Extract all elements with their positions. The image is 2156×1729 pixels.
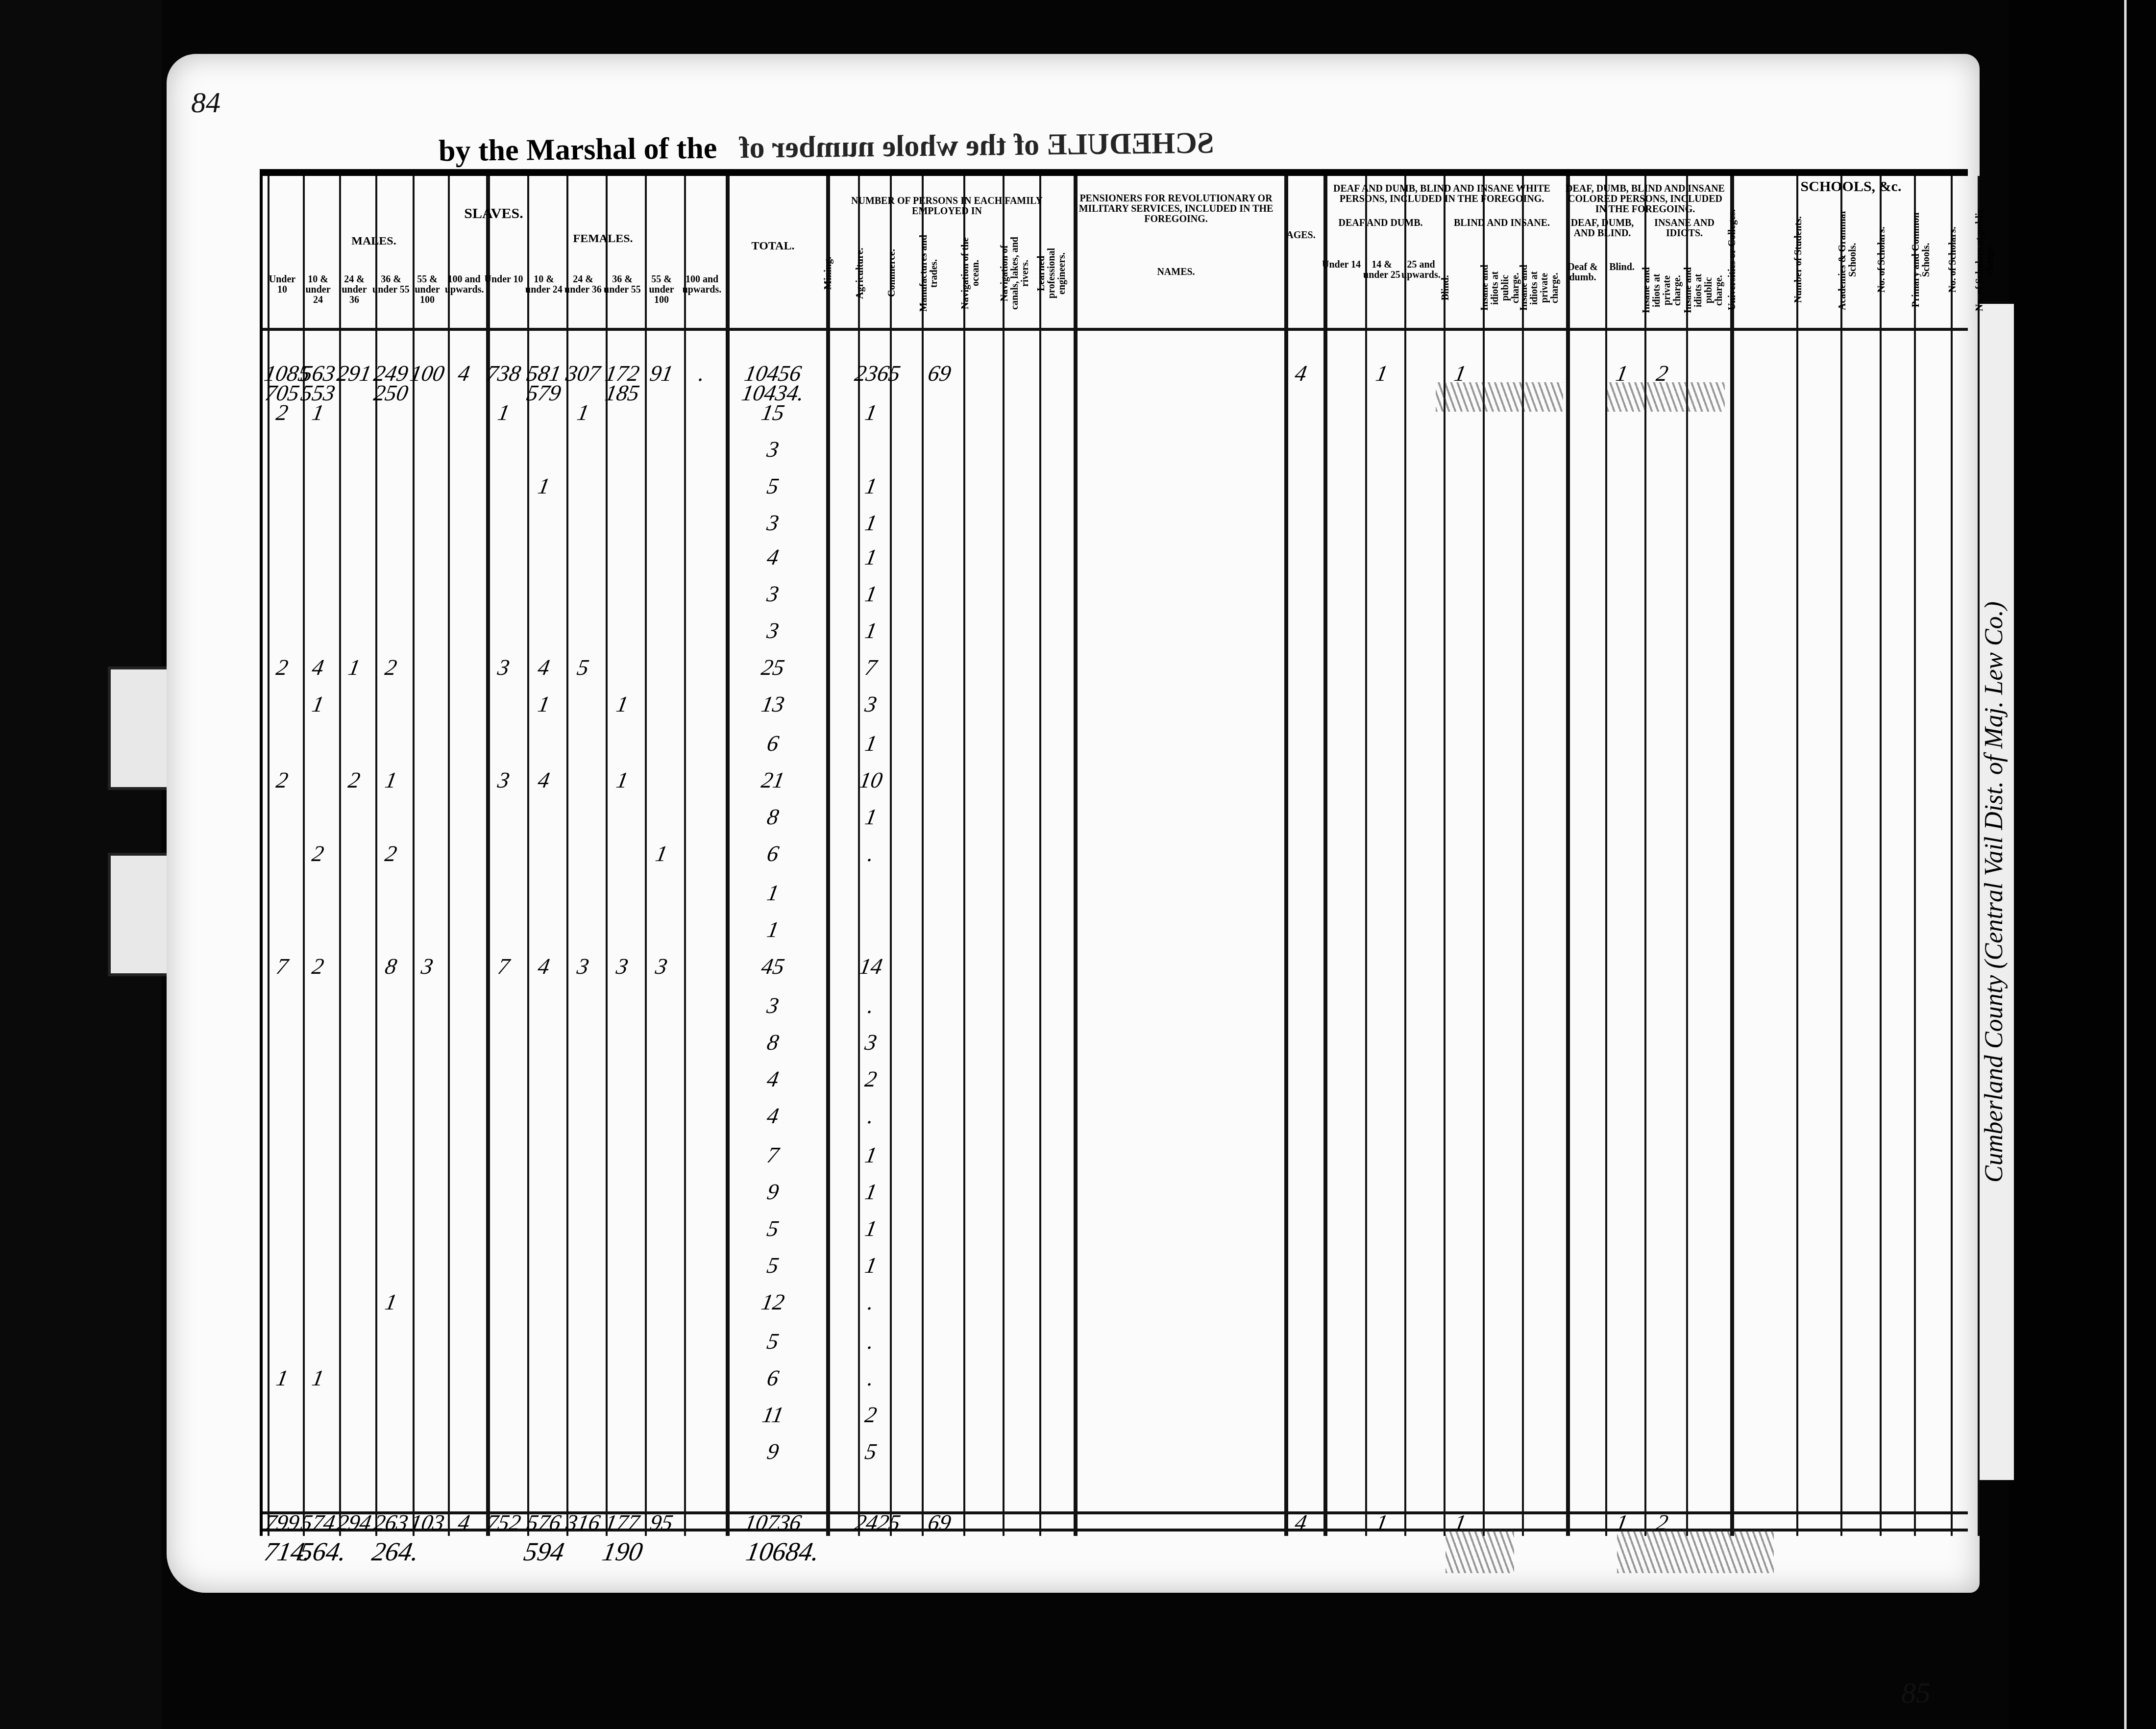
header-female-age: 24 & under 36 xyxy=(563,274,603,295)
female-count-cell: 738 xyxy=(481,360,526,386)
total-cell: 5 xyxy=(720,1252,825,1278)
female-count-cell: 3 xyxy=(481,767,526,793)
total-manufactures-cell: 69 xyxy=(916,1509,962,1535)
column-rule xyxy=(1522,176,1524,1536)
agriculture-cell: 1 xyxy=(853,730,889,756)
male-count-cell: 7 xyxy=(262,953,302,979)
agriculture-cell: . xyxy=(853,1328,889,1354)
column-rule xyxy=(1483,176,1485,1536)
agriculture-cell: . xyxy=(853,840,889,866)
agriculture-cell: 2 xyxy=(853,1402,889,1428)
header-slaves: SLAVES. xyxy=(265,206,723,222)
total-cell: 25 xyxy=(720,654,825,680)
header-colored-col: Insane and idiots at public charge. xyxy=(1683,262,1727,319)
male-count-cell: 2 xyxy=(262,654,302,680)
female-count-cell: 5 xyxy=(561,654,605,680)
header-employed-group: NUMBER OF PERSONS IN EACH FAMILY EMPLOYE… xyxy=(823,196,1071,217)
header-school-col: No. of Scholars. xyxy=(1948,208,1975,311)
header-school-col: Academies & Grammar Schools. xyxy=(1837,208,1877,311)
male-count-cell: 2 xyxy=(262,767,302,793)
total-male-cell: 263 xyxy=(370,1509,412,1535)
header-female-age: Under 10 xyxy=(483,274,524,285)
total-female-cell: 576 xyxy=(522,1509,565,1535)
vertical-side-note: Cumberland County (Central Vail Dist. of… xyxy=(1980,304,2014,1480)
male-count-cell: 1 xyxy=(297,399,338,425)
total-cell: 21 xyxy=(720,767,825,793)
total-male-cell: 294 xyxy=(334,1509,374,1535)
agriculture-cell: 1 xyxy=(853,1179,889,1205)
column-rule xyxy=(1074,176,1078,1536)
header-male-age: Under 10 xyxy=(265,274,300,295)
female-count-cell: 3 xyxy=(600,953,644,979)
pensioner-age-cell: 4 xyxy=(1279,360,1323,386)
total-ages-cell: 4 xyxy=(1279,1509,1323,1535)
header-schools: SCHOOLS, &c. xyxy=(1727,179,1975,195)
agriculture-cell: 7 xyxy=(853,654,889,680)
header-male-age: 10 & under 24 xyxy=(300,274,336,305)
header-male-age: 36 & under 55 xyxy=(372,274,410,295)
female-count-cell: 3 xyxy=(561,953,605,979)
female-count-cell: 1 xyxy=(600,691,644,717)
header-employed-col: Mining. xyxy=(823,230,855,316)
total-cell: 12 xyxy=(720,1289,825,1315)
header-ages: AGES. xyxy=(1281,230,1321,241)
header-school-col: No. of Scholars at public charge. xyxy=(1975,208,1995,311)
header-total: TOTAL. xyxy=(723,240,823,252)
ink-bleed-smudge xyxy=(1445,1529,1514,1573)
female-count-cell: 4 xyxy=(522,654,565,680)
total-male-cell: 799 xyxy=(262,1509,302,1535)
header-deaf-white-col: Under 14 xyxy=(1321,260,1362,270)
total-female-cell: 752 xyxy=(481,1509,526,1535)
header-employed-col: Agriculture. xyxy=(855,230,887,316)
agriculture-cell: 1 xyxy=(853,1215,889,1241)
total-cell: 8 xyxy=(720,1029,825,1055)
agriculture-cell: 10 xyxy=(853,767,889,793)
header-employed-col: Manufactures and trades. xyxy=(919,230,960,316)
male-count-cell: 1 xyxy=(370,1289,412,1315)
male-count-cell: 250 xyxy=(370,380,412,406)
header-school-col: Universities or Colleges. xyxy=(1727,208,1793,311)
header-female-age: 36 & under 55 xyxy=(603,274,642,295)
total-cell: 45 xyxy=(720,953,825,979)
total-deaf-cell: 1 xyxy=(1360,1509,1403,1535)
header-school-col: No. of Scholars. xyxy=(1877,208,1911,311)
female-count-cell: 1 xyxy=(561,399,605,425)
ink-bleed-smudge xyxy=(1436,382,1563,412)
revised-total-cell: 190 xyxy=(600,1536,645,1567)
page-number-top: 84 xyxy=(191,86,220,120)
female-count-cell: 1 xyxy=(481,399,526,425)
ink-bleed-smudge xyxy=(1607,382,1725,412)
header-employed-col: Learned professional engineers. xyxy=(1036,230,1071,316)
female-count-cell: 185 xyxy=(600,380,644,406)
male-count-cell: 1 xyxy=(334,654,374,680)
header-pensioners: PENSIONERS FOR REVOLUTIONARY OR MILITARY… xyxy=(1071,194,1281,224)
header-male-age: 100 and upwards. xyxy=(445,274,483,295)
header-males: MALES. xyxy=(265,235,483,247)
header-colored-group: DEAF, DUMB, BLIND AND INSANE COLORED PER… xyxy=(1563,184,1727,215)
agriculture-cell: 2 xyxy=(853,1066,889,1092)
header-deaf-dumb: DEAF AND DUMB. xyxy=(1321,218,1441,228)
female-count-cell: 3 xyxy=(481,654,526,680)
agriculture-cell: 1 xyxy=(853,510,889,536)
film-edge xyxy=(2124,0,2127,1729)
microfilm-border-right xyxy=(2009,0,2156,1729)
agriculture-cell: 1 xyxy=(853,804,889,830)
total-cell: 3 xyxy=(720,617,825,643)
total-cell: 5 xyxy=(720,1215,825,1241)
column-rule xyxy=(1951,176,1953,1536)
total-male-cell: 4 xyxy=(442,1509,485,1535)
agriculture-cell: 1 xyxy=(853,617,889,643)
column-rule xyxy=(1914,176,1916,1536)
header-colored-col: Insane and idiots at private charge. xyxy=(1641,262,1683,319)
female-count-cell: 1 xyxy=(522,473,565,499)
header-female-age: 55 & under 100 xyxy=(642,274,681,305)
column-rule xyxy=(1566,176,1570,1536)
header-male-age: 55 & under 100 xyxy=(410,274,445,305)
male-count-cell: 1 xyxy=(297,691,338,717)
header-male-age: 24 & under 36 xyxy=(336,274,372,305)
total-female-cell: 316 xyxy=(561,1509,605,1535)
total-cell: 3 xyxy=(720,436,825,462)
male-count-cell: 4 xyxy=(297,654,338,680)
agriculture-cell: 1 xyxy=(853,473,889,499)
agriculture-cell: 3 xyxy=(853,1029,889,1055)
male-count-cell: 2 xyxy=(370,840,412,866)
column-rule xyxy=(1796,176,1798,1536)
header-deaf-white-col: 25 and upwards. xyxy=(1401,260,1441,280)
female-count-cell: . xyxy=(679,360,725,386)
male-count-cell: 1 xyxy=(297,1365,338,1391)
column-rule xyxy=(1686,176,1688,1536)
revised-total-cell: 564. xyxy=(297,1536,339,1567)
agriculture-cell: 1 xyxy=(853,1142,889,1168)
total-female-cell: 177 xyxy=(600,1509,644,1535)
column-rule xyxy=(963,176,965,1536)
revised-total-cell: 714. xyxy=(262,1536,303,1567)
total-cell: 5 xyxy=(720,473,825,499)
header-employed-col: Navigation of the ocean. xyxy=(960,230,1000,316)
male-count-cell: 1 xyxy=(370,767,412,793)
total-cell: 4 xyxy=(720,1066,825,1092)
column-rule xyxy=(826,176,830,1536)
male-count-cell: 2 xyxy=(297,953,338,979)
header-deaf-white-col: 14 & under 25 xyxy=(1362,260,1401,280)
column-rule xyxy=(1730,176,1734,1536)
total-male-cell: 103 xyxy=(407,1509,447,1535)
total-cell: 13 xyxy=(720,691,825,717)
total-cell: 3 xyxy=(720,581,825,607)
female-count-cell: 307 xyxy=(561,360,605,386)
total-cell: 4 xyxy=(720,544,825,570)
total-male-cell: 574 xyxy=(297,1509,338,1535)
agriculture-cell: 14 xyxy=(853,953,889,979)
female-count-cell: 1 xyxy=(600,767,644,793)
female-count-cell: 7 xyxy=(481,953,526,979)
total-cell: 8 xyxy=(720,804,825,830)
agriculture-cell: 1 xyxy=(853,399,889,425)
total-cell: 1 xyxy=(720,880,825,906)
header-names: NAMES. xyxy=(1071,267,1281,277)
column-rule xyxy=(1840,176,1842,1536)
male-count-cell: 2 xyxy=(262,399,302,425)
manufactures-cell: 69 xyxy=(916,360,962,386)
header-colored-deaf-blind: DEAF, DUMB, AND BLIND. xyxy=(1563,218,1641,239)
total-cell: 1 xyxy=(720,916,825,942)
column-rule xyxy=(1003,176,1004,1536)
header-colored-insane: INSANE AND IDIOTS. xyxy=(1641,218,1727,239)
total-cell: 5 xyxy=(720,1328,825,1354)
revised-total-cell: 594 xyxy=(522,1536,566,1567)
revised-grand-total-cell: 10684. xyxy=(720,1536,846,1567)
column-rule xyxy=(1880,176,1882,1536)
total-cell: 4 xyxy=(720,1103,825,1129)
total-cell: 7 xyxy=(720,1142,825,1168)
title-text: by the Marshal of the xyxy=(439,131,717,168)
male-count-cell: 2 xyxy=(334,767,374,793)
header-school-col: Primary and Common Schools. xyxy=(1911,208,1948,311)
total-cell: 6 xyxy=(720,1365,825,1391)
column-rule xyxy=(1978,176,1980,1536)
male-count-cell: 2 xyxy=(370,654,412,680)
header-deaf-white-col: Insane and idiots at private charge. xyxy=(1519,260,1563,316)
total-cell: 6 xyxy=(720,730,825,756)
total-cell: 11 xyxy=(720,1402,825,1428)
total-female-cell: 95 xyxy=(639,1509,683,1535)
ink-bleed-smudge xyxy=(1617,1529,1774,1573)
header-colored-col: Blind. xyxy=(1602,262,1641,272)
total-agriculture-cell: 2425 xyxy=(853,1509,889,1535)
row-rule xyxy=(263,328,1968,331)
male-count-cell: 1 xyxy=(262,1365,302,1391)
male-count-cell: 3 xyxy=(407,953,447,979)
male-count-cell: 8 xyxy=(370,953,412,979)
female-count-cell: 1 xyxy=(522,691,565,717)
female-count-cell: 1 xyxy=(639,840,683,866)
female-count-cell: 4 xyxy=(522,767,565,793)
male-count-cell: 100 xyxy=(407,360,447,386)
column-rule xyxy=(1404,176,1406,1536)
agriculture-cell: 1 xyxy=(853,1252,889,1278)
title-bleedthrough: SCHEDULE of the whole number of xyxy=(739,126,1214,166)
agriculture-cell: . xyxy=(853,1103,889,1129)
male-count-cell: 291 xyxy=(334,360,374,386)
deaf-14-25-cell: 1 xyxy=(1360,360,1403,386)
female-count-cell: 579 xyxy=(522,380,565,406)
total-cell: 3 xyxy=(720,992,825,1018)
total-cell: 6 xyxy=(720,840,825,866)
header-employed-col: Commerce. xyxy=(887,230,919,316)
female-count-cell: 91 xyxy=(639,360,683,386)
header-females: FEMALES. xyxy=(483,233,723,245)
page-number-bottom: 85 xyxy=(1901,1676,1931,1710)
male-count-cell: 4 xyxy=(442,360,485,386)
header-colored-col: Deaf & dumb. xyxy=(1563,262,1602,283)
header-female-age: 100 and upwards. xyxy=(681,274,723,295)
total-cell: 9 xyxy=(720,1438,825,1464)
grand-total-cell: 10736 xyxy=(720,1509,825,1535)
agriculture-cell: 5 xyxy=(853,1438,889,1464)
total-cell: 3 xyxy=(720,510,825,536)
revised-total-cell: 264. xyxy=(370,1536,413,1567)
female-count-cell: 4 xyxy=(522,953,565,979)
agriculture-cell: 3 xyxy=(853,691,889,717)
header-female-age: 10 & under 24 xyxy=(524,274,563,295)
agriculture-cell: 1 xyxy=(853,544,889,570)
column-rule xyxy=(1039,176,1041,1536)
header-deaf-white-col: Blind. xyxy=(1441,260,1480,316)
column-rule xyxy=(1323,176,1327,1536)
agriculture-cell: 1 xyxy=(853,581,889,607)
male-count-cell: 2 xyxy=(297,840,338,866)
agriculture-cell: 2365 xyxy=(853,360,889,386)
female-count-cell: 3 xyxy=(639,953,683,979)
agriculture-cell: . xyxy=(853,1365,889,1391)
agriculture-cell: . xyxy=(853,1289,889,1315)
header-employed-col: Navigation of canals, lakes, and rivers. xyxy=(1000,230,1036,316)
header-deaf-white-group: DEAF AND DUMB, BLIND AND INSANE WHITE PE… xyxy=(1321,184,1563,204)
total-cell: 15 xyxy=(720,399,825,425)
header-blind-insane: BLIND AND INSANE. xyxy=(1441,218,1563,228)
header-school-col: Number of Students. xyxy=(1793,208,1837,311)
header-deaf-white-col: Insane and idiots at public charge. xyxy=(1480,260,1519,316)
total-cell: 9 xyxy=(720,1179,825,1205)
agriculture-cell: . xyxy=(853,992,889,1018)
